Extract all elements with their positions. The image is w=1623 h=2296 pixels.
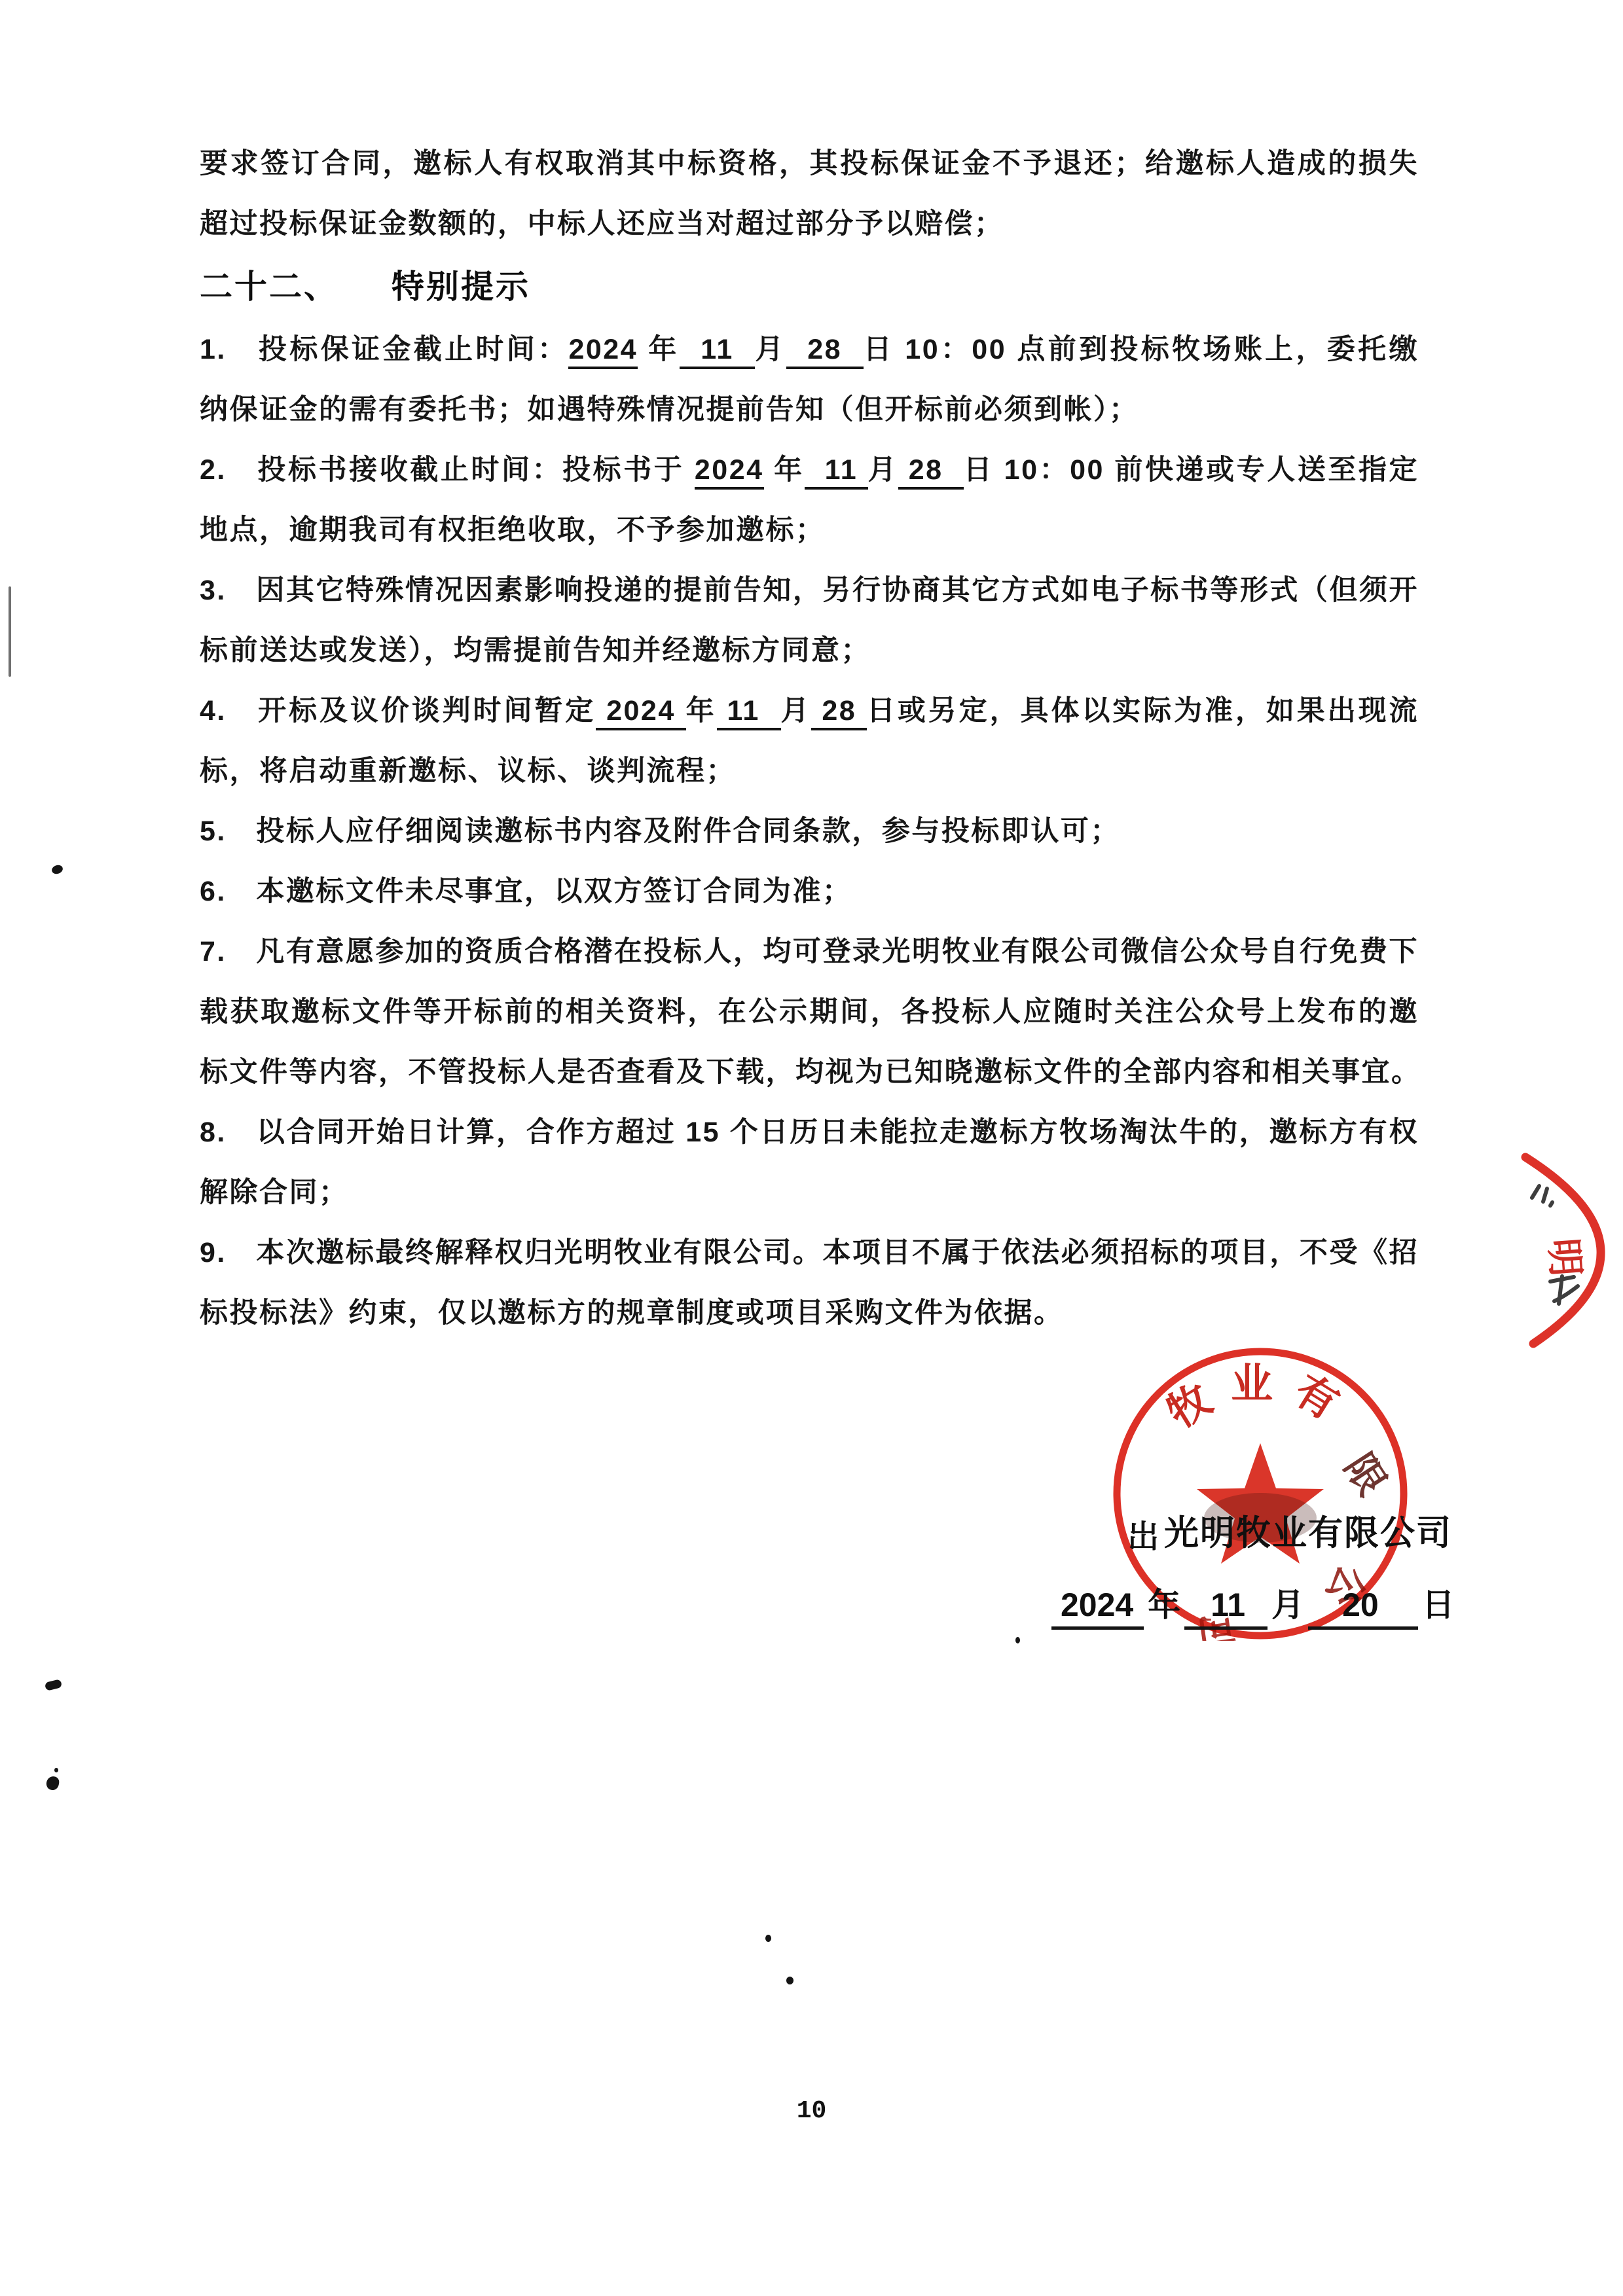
text-run: 7. 凡有意愿参加的资质合格潜在投标人，均可登录光明牧业有限公司微信公众号自行免… bbox=[200, 936, 1419, 967]
text-run: 6. 本邀标文件未尽事宜，以双方签订合同为准； bbox=[200, 876, 852, 907]
partial-seal-char: 明 bbox=[1542, 1237, 1587, 1278]
underlined-field: 2024 bbox=[568, 334, 638, 369]
text-run: 载获取邀标文件等开标前的相关资料，在公示期间，各投标人应随时关注公众号上发布的邀 bbox=[200, 996, 1419, 1028]
text-run: 年 bbox=[686, 695, 717, 726]
text-line: 7. 凡有意愿参加的资质合格潜在投标人，均可登录光明牧业有限公司微信公众号自行免… bbox=[200, 922, 1419, 982]
date-day: 20 bbox=[1308, 1586, 1418, 1630]
text-run: 8. 以合同开始日计算，合作方超过 15 个日历日未能拉走邀标方牧场淘汰牛的，邀… bbox=[200, 1117, 1419, 1148]
text-run: 4. 开标及议价谈判时间暂定 bbox=[200, 695, 596, 726]
underlined-field: 11 bbox=[680, 334, 756, 369]
section-heading: 二十二、 特别提示 bbox=[200, 254, 1419, 319]
text-line: 1. 投标保证金截止时间：2024 年 11 月 28 日 10：00 点前到投… bbox=[200, 319, 1419, 380]
partial-seal-fragment: 明 bbox=[1516, 1147, 1623, 1356]
text-run: 3. 因其它特殊情况因素影响投递的提前告知，另行协商其它方式如电子标书等形式（但… bbox=[200, 575, 1419, 606]
text-run: 标前送达或发送），均需提前告知并经邀标方同意； bbox=[200, 635, 871, 666]
scan-line-artifact bbox=[9, 586, 11, 677]
ink-spot bbox=[786, 1977, 793, 1984]
text-line: 8. 以合同开始日计算，合作方超过 15 个日历日未能拉走邀标方牧场淘汰牛的，邀… bbox=[200, 1102, 1419, 1162]
underlined-field: 28 bbox=[898, 454, 963, 490]
underlined-field: 11 bbox=[805, 454, 868, 490]
text-line: 标，将启动重新邀标、议标、谈判流程； bbox=[200, 741, 1419, 801]
date-year-label: 年 bbox=[1148, 1579, 1180, 1626]
date-month: 11 bbox=[1184, 1586, 1267, 1630]
text-run: 日 10：00 前快递或专人送至指定 bbox=[964, 454, 1419, 486]
text-run: 超过投标保证金数额的，中标人还应当对超过部分予以赔偿； bbox=[200, 208, 1004, 240]
ink-spot bbox=[50, 864, 64, 876]
text-run: 要求签订合同，邀标人有权取消其中标资格，其投标保证金不予退还；给邀标人造成的损失 bbox=[200, 148, 1419, 179]
text-line: 4. 开标及议价谈判时间暂定 2024 年 11 月 28 日或另定，具体以实际… bbox=[200, 681, 1419, 741]
company-name: 光明牧业有限公司 bbox=[1164, 1514, 1452, 1552]
text-run: 5. 投标人应仔细阅读邀标书内容及附件合同条款，参与投标即认可； bbox=[200, 816, 1120, 847]
text-line: 标文件等内容，不管投标人是否查看及下载，均视为已知晓邀标文件的全部内容和相关事宜… bbox=[200, 1042, 1419, 1102]
document-page: 要求签订合同，邀标人有权取消其中标资格，其投标保证金不予退还；给邀标人造成的损失… bbox=[0, 0, 1623, 2296]
text-run: 日 10：00 点前到投标牧场账上，委托缴 bbox=[864, 334, 1419, 365]
text-line: 5. 投标人应仔细阅读邀标书内容及附件合同条款，参与投标即认可； bbox=[200, 801, 1419, 861]
text-run: 1. 投标保证金截止时间： bbox=[200, 334, 568, 365]
text-run: 月 bbox=[781, 695, 812, 726]
signature-date-line: 2024年11月20日 bbox=[1051, 1579, 1459, 1630]
text-run: 解除合同； bbox=[200, 1177, 349, 1208]
ink-spot bbox=[45, 1775, 60, 1791]
ink-spot bbox=[54, 1768, 58, 1772]
text-run: 二十二、 特别提示 bbox=[200, 268, 530, 305]
text-run: 2. 投标书接收截止时间：投标书于 bbox=[200, 454, 695, 486]
text-line: 纳保证金的需有委托书；如遇特殊情况提前告知（但开标前必须到帐）； bbox=[200, 380, 1419, 440]
text-line: 解除合同； bbox=[200, 1162, 1419, 1223]
text-line: 3. 因其它特殊情况因素影响投递的提前告知，另行协商其它方式如电子标书等形式（但… bbox=[200, 560, 1419, 620]
underlined-field: 2024 bbox=[695, 454, 764, 490]
text-line: 载获取邀标文件等开标前的相关资料，在公示期间，各投标人应随时关注公众号上发布的邀 bbox=[200, 982, 1419, 1042]
text-line: 要求签订合同，邀标人有权取消其中标资格，其投标保证金不予退还；给邀标人造成的损失 bbox=[200, 134, 1419, 194]
date-day-label: 日 bbox=[1422, 1579, 1455, 1626]
text-run: 标投标法》约束，仅以邀标方的规章制度或项目采购文件为依据。 bbox=[200, 1297, 1064, 1329]
text-line: 6. 本邀标文件未尽事宜，以双方签订合同为准； bbox=[200, 861, 1419, 922]
text-run: 纳保证金的需有委托书；如遇特殊情况提前告知（但开标前必须到帐）； bbox=[200, 394, 1139, 425]
text-line: 超过投标保证金数额的，中标人还应当对超过部分予以赔偿； bbox=[200, 194, 1419, 254]
text-line: 地点，逾期我司有权拒绝收取，不予参加邀标； bbox=[200, 500, 1419, 560]
document-lines: 要求签订合同，邀标人有权取消其中标资格，其投标保证金不予退还；给邀标人造成的损失… bbox=[200, 134, 1419, 1343]
seal-char-xian: 限 bbox=[1336, 1446, 1395, 1503]
text-run: 月 bbox=[755, 334, 786, 365]
underlined-field: 11 bbox=[717, 695, 781, 730]
text-run: 年 bbox=[764, 454, 805, 486]
text-run: 标文件等内容，不管投标人是否查看及下载，均视为已知晓邀标文件的全部内容和相关事宜… bbox=[200, 1056, 1421, 1088]
text-line: 2. 投标书接收截止时间：投标书于 2024 年 11 月 28 日 10：00… bbox=[200, 440, 1419, 500]
underlined-field: 2024 bbox=[596, 695, 685, 730]
text-run: 年 bbox=[638, 334, 680, 365]
page-number: 10 bbox=[0, 2097, 1623, 2125]
underlined-field: 28 bbox=[786, 334, 864, 369]
text-run: 9. 本次邀标最终解释权归光明牧业有限公司。本项目不属于依法必须招标的项目，不受… bbox=[200, 1237, 1419, 1268]
text-run: 地点，逾期我司有权拒绝收取，不予参加邀标； bbox=[200, 514, 826, 546]
seal-overlap-glyph: 岀 bbox=[1127, 1511, 1160, 1556]
text-run: 日或另定，具体以实际为准，如果出现流 bbox=[867, 695, 1419, 726]
date-year: 2024 bbox=[1051, 1586, 1144, 1630]
signature-company-line: 岀光明牧业有限公司 bbox=[1127, 1505, 1452, 1555]
text-line: 标前送达或发送），均需提前告知并经邀标方同意； bbox=[200, 620, 1419, 681]
underlined-field: 28 bbox=[811, 695, 867, 730]
text-run: 月 bbox=[868, 454, 899, 486]
date-month-label: 月 bbox=[1271, 1579, 1304, 1626]
ink-spot bbox=[765, 1935, 771, 1942]
text-line: 9. 本次邀标最终解释权归光明牧业有限公司。本项目不属于依法必须招标的项目，不受… bbox=[200, 1223, 1419, 1283]
text-line: 标投标法》约束，仅以邀标方的规章制度或项目采购文件为依据。 bbox=[200, 1283, 1419, 1343]
text-run: 标，将启动重新邀标、议标、谈判流程； bbox=[200, 755, 736, 787]
ink-spot bbox=[1015, 1637, 1020, 1643]
ink-spot bbox=[45, 1679, 62, 1691]
